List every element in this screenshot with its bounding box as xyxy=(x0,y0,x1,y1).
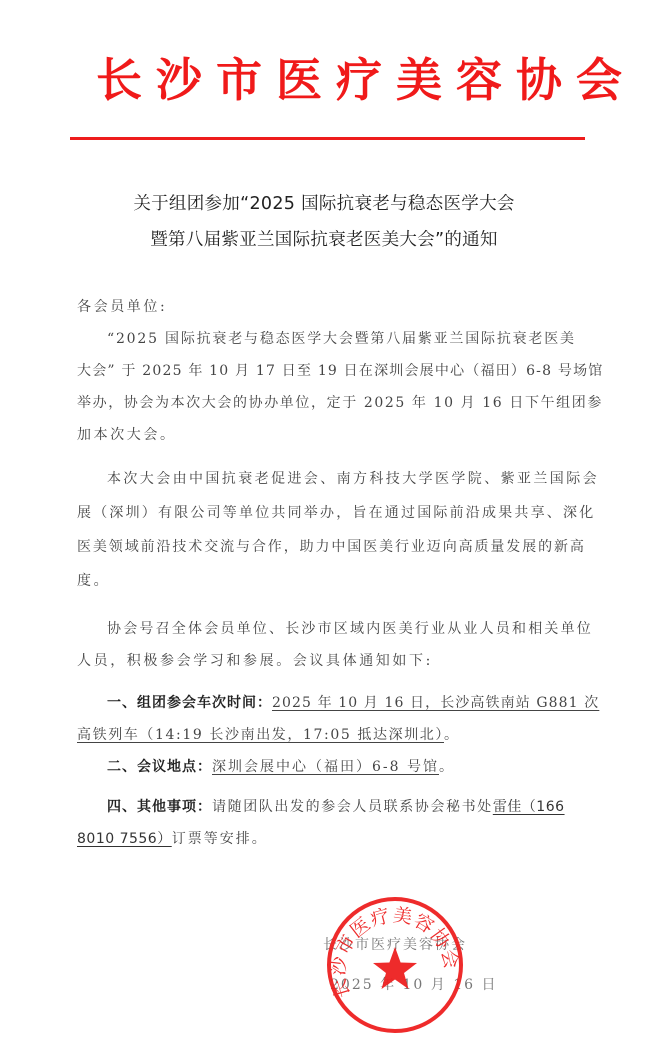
paragraph-2-line-1: 本次大会由中国抗衰老促进会、南方科技大学医学院、紫亚兰国际会 xyxy=(107,468,599,488)
salutation: 各会员单位: xyxy=(77,296,167,316)
paragraph-1-line-4: 加本次大会。 xyxy=(77,424,177,444)
paragraph-2-line-4: 度。 xyxy=(77,570,110,590)
train-info: 2025 年 10 月 16 日，长沙高铁南站 G881 次 xyxy=(272,695,599,711)
contact-phone: 8010 7556） xyxy=(77,831,172,847)
item-venue: 二、会议地点：深圳会展中心（福田）6-8 号馆。 xyxy=(107,756,455,776)
paragraph-2-line-3: 医美领域前沿技术交流与合作，助力中国医美行业迈向高质量发展的新高 xyxy=(77,536,586,556)
item-train-schedule-line-2: 高铁列车（14:19 长沙南出发，17:05 抵达深圳北）。 xyxy=(77,724,460,744)
item-other-line-2: 8010 7556）订票等安排。 xyxy=(77,828,268,848)
paragraph-1-line-1: “2025 国际抗衰老与稳态医学大会暨第八届紫亚兰国际抗衰老医美 xyxy=(107,328,576,348)
contact-name: 雷佳（166 xyxy=(493,799,565,815)
letterhead-rule xyxy=(70,137,585,140)
seal-graphic: 长沙市医疗美容协会 xyxy=(331,901,459,1029)
document-title-line-2: 暨第八届紫亚兰国际抗衰老医美大会”的通知 xyxy=(60,226,588,251)
period: 。 xyxy=(439,759,455,775)
item-other-line-1: 四、其他事项：请随团队出发的参会人员联系协会秘书处雷佳（166 xyxy=(107,796,565,816)
item-label: 二、会议地点： xyxy=(107,759,212,775)
ticket-note: 订票等安排。 xyxy=(172,831,268,847)
train-times: 高铁列车（14:19 长沙南出发，17:05 抵达深圳北） xyxy=(77,727,444,743)
star-icon xyxy=(373,947,417,989)
instruction: 请随团队出发的参会人员联系协会秘书处 xyxy=(212,799,493,815)
venue: 深圳会展中心（福田）6-8 号馆 xyxy=(212,759,439,775)
official-seal: 长沙市医疗美容协会 xyxy=(327,897,463,1033)
paragraph-1-line-2: 大会” 于 2025 年 10 月 17 日至 19 日在深圳会展中心（福田）6… xyxy=(77,360,603,380)
letterhead-title: 长沙市医疗美容协会 xyxy=(96,48,586,112)
paragraph-3-line-2: 人员，积极参会学习和参展。会议具体通知如下: xyxy=(77,650,433,670)
item-label: 四、其他事项： xyxy=(107,799,212,815)
paragraph-1-line-3: 举办，协会为本次大会的协办单位，定于 2025 年 10 月 16 日下午组团参 xyxy=(77,392,603,412)
period: 。 xyxy=(444,727,460,743)
paragraph-3-line-1: 协会号召全体会员单位、长沙市区域内医美行业从业人员和相关单位 xyxy=(107,618,593,638)
document-title-line-1: 关于组团参加“2025 国际抗衰老与稳态医学大会 xyxy=(60,190,588,215)
paragraph-2-line-2: 展（深圳）有限公司等单位共同举办，旨在通过国际前沿成果共享、深化 xyxy=(77,502,595,522)
item-train-schedule-line-1: 一、组团参会车次时间：2025 年 10 月 16 日，长沙高铁南站 G881 … xyxy=(107,692,599,712)
item-label: 一、组团参会车次时间： xyxy=(107,695,272,711)
